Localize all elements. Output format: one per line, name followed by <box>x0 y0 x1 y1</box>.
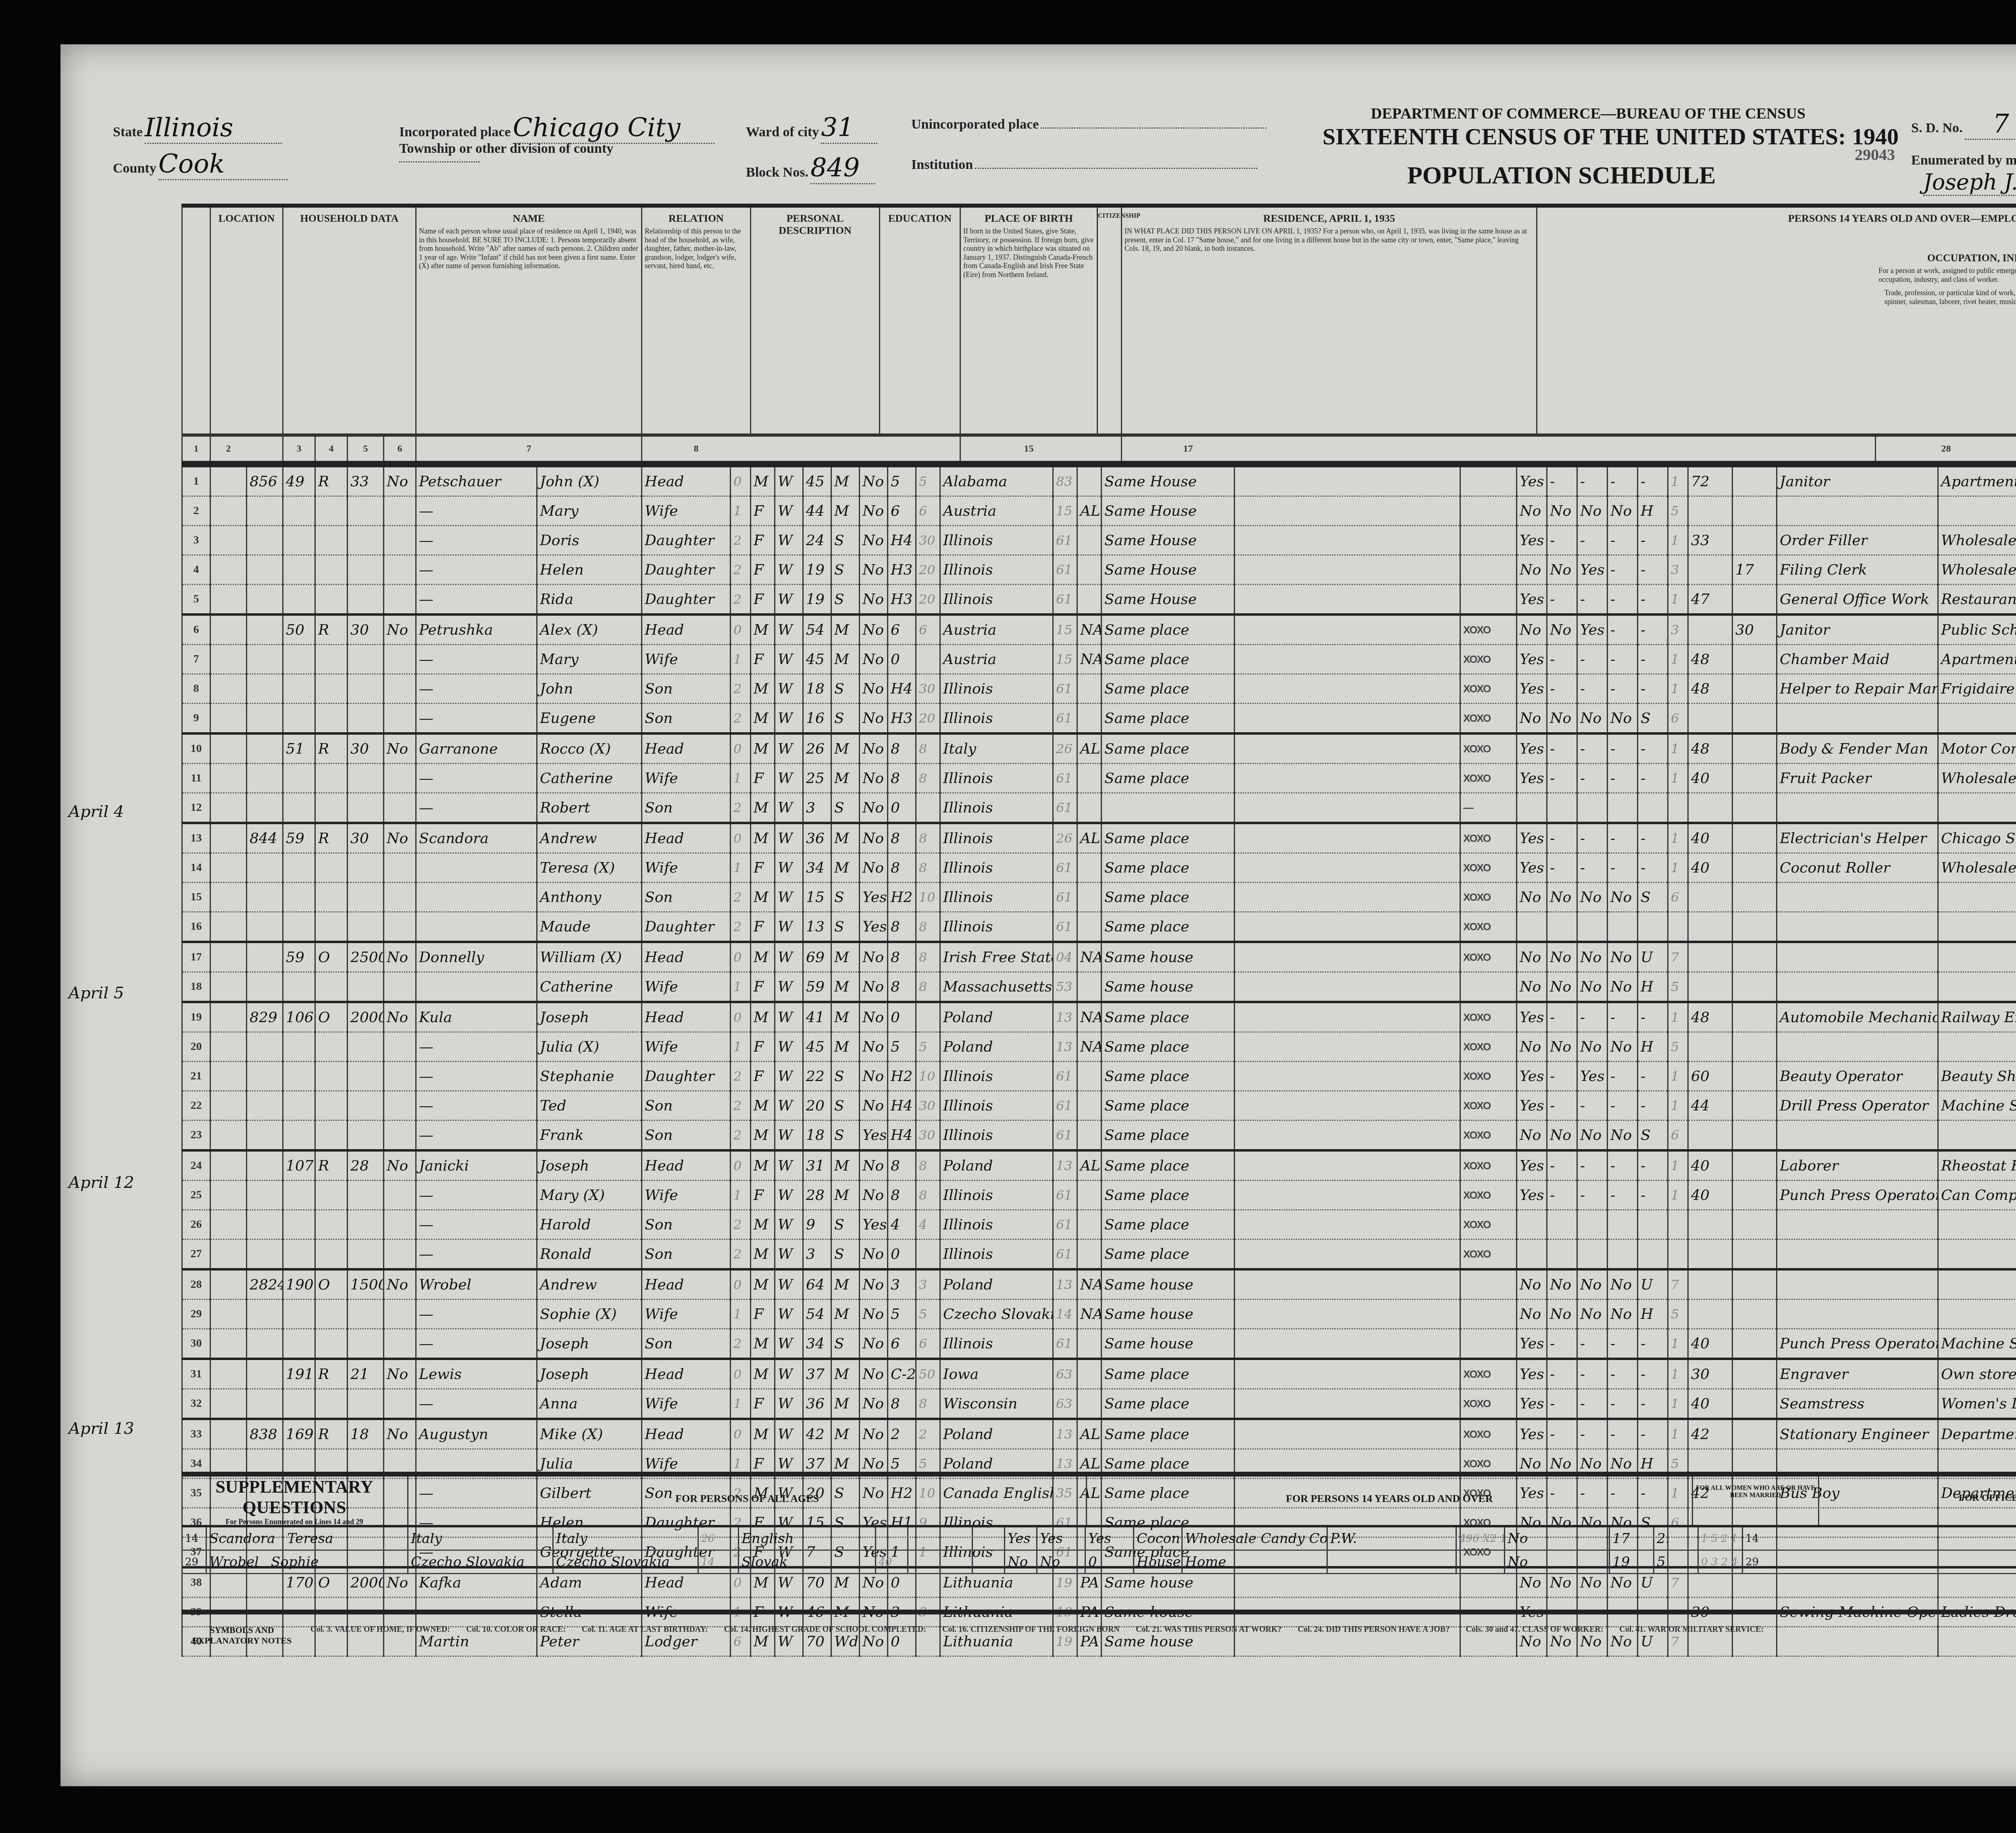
table-row: 185649R33NoPetschauerJohn (X)Head0MW45MN… <box>182 466 2016 496</box>
ecode-cell: 50 <box>916 1359 940 1389</box>
supp-row: 29WrobelSophieCzecho SlovakiaCzecho Slov… <box>182 1550 2016 1574</box>
birthplace-cell: Illinois <box>940 793 1053 823</box>
c25-cell: U <box>1638 1269 1668 1300</box>
hours-cell: 48 <box>1688 645 1733 674</box>
age-cell: 42 <box>803 1419 831 1449</box>
ecode-cell: 8 <box>916 1181 940 1210</box>
surname-cell: Petschauer <box>416 466 537 496</box>
res1935-cell: Same place <box>1102 1181 1235 1210</box>
given-cell: John <box>537 674 642 704</box>
grade-cell: 6 <box>888 496 916 526</box>
c23-cell: - <box>1577 1419 1608 1449</box>
c21-cell: Yes <box>1517 853 1547 883</box>
tenure-cell <box>315 853 348 883</box>
weeks-unemp-cell <box>1733 972 1777 1002</box>
table-row: 12—RobertSon2MW3SNo0Illinois61—12 <box>182 793 2016 823</box>
c21-cell: Yes <box>1517 1062 1547 1091</box>
farm-cell <box>384 1329 416 1359</box>
value-cell <box>348 912 384 942</box>
grade-cell: 5 <box>888 466 916 496</box>
supp-industry-cell: Wholesale Candy Co. <box>1182 1527 1327 1550</box>
sex-cell: F <box>751 526 775 555</box>
sex-cell: M <box>751 1091 775 1121</box>
c22-cell: - <box>1547 526 1577 555</box>
relation-cell: Head <box>642 733 731 764</box>
line-number: 10 <box>182 733 210 764</box>
residence-county-cell <box>1235 972 1460 1002</box>
value-cell <box>348 496 384 526</box>
residence-header: RESIDENCE, APRIL 1, 1935 IN WHAT PLACE D… <box>1121 208 1536 433</box>
supp-ss2-cell: No <box>1037 1550 1085 1574</box>
ecode2-cell: 3 <box>1668 555 1688 585</box>
ecode2-cell: 1 <box>1668 1181 1688 1210</box>
supp-father-cell: Italy <box>408 1527 553 1550</box>
name-header: NAME Name of each person whose usual pla… <box>415 208 641 433</box>
relation-cell: Head <box>642 1150 731 1181</box>
farm-cell: No <box>384 1269 416 1300</box>
citizen-cell <box>1077 1210 1102 1239</box>
birthplace-cell: Poland <box>940 1002 1053 1032</box>
c21-cell: Yes <box>1517 1389 1547 1419</box>
house-cell <box>247 1210 283 1239</box>
hh-cell <box>283 972 315 1002</box>
grade-cell: 8 <box>888 1181 916 1210</box>
c24-cell: No <box>1608 1300 1638 1329</box>
citizenship-header: CITIZENSHIP <box>1097 208 1121 433</box>
marital-cell: M <box>831 942 860 972</box>
industry-cell <box>1938 496 2016 526</box>
xoxo-cell: XOXO <box>1460 823 1517 853</box>
citizen-cell: AL <box>1077 1150 1102 1181</box>
ecode2-cell: 5 <box>1668 1032 1688 1062</box>
sd-value: 7 <box>1965 109 2016 140</box>
c23-cell: - <box>1577 526 1608 555</box>
hh-cell <box>283 764 315 793</box>
hh-cell <box>283 1032 315 1062</box>
hours-cell <box>1688 942 1733 972</box>
ecode-cell: 20 <box>916 585 940 615</box>
supp-line-number: 29 <box>1743 1550 2016 1574</box>
age-cell: 25 <box>803 764 831 793</box>
table-row: 26—HaroldSon2MW9SYes44Illinois61Same pla… <box>182 1210 2016 1239</box>
res1935-cell: Same House <box>1102 526 1235 555</box>
race-cell: W <box>775 1269 803 1300</box>
birthplace-cell: Illinois <box>940 853 1053 883</box>
table-row: 16MaudeDaughter2FW13SYes88Illinois61Same… <box>182 912 2016 942</box>
supp-line-number: 29 <box>182 1550 206 1574</box>
bcode-cell: 63 <box>1053 1389 1077 1419</box>
county-label: County <box>113 161 156 176</box>
column-headers: LOCATION HOUSEHOLD DATA NAME Name of eac… <box>181 208 2016 437</box>
c25-cell: H <box>1638 496 1668 526</box>
c22-cell: - <box>1547 466 1577 496</box>
surname-cell: — <box>416 526 537 555</box>
race-cell: W <box>775 1300 803 1329</box>
weeks-unemp-cell <box>1733 1300 1777 1329</box>
occupation-cell: Fruit Packer <box>1777 764 1938 793</box>
c21-cell: Yes <box>1517 764 1547 793</box>
grade-cell: 0 <box>888 793 916 823</box>
age-cell: 41 <box>803 1002 831 1032</box>
given-cell: Teresa (X) <box>537 853 642 883</box>
surname-cell: — <box>416 1181 537 1210</box>
grade-cell: H2 <box>888 883 916 912</box>
hours-cell <box>1688 1210 1733 1239</box>
occupation-cell: Automobile Mechanic <box>1777 1002 1938 1032</box>
hh-cell: 190 <box>283 1269 315 1300</box>
residence-county-cell <box>1235 1389 1460 1419</box>
c22-cell: - <box>1547 733 1577 764</box>
race-cell: W <box>775 1121 803 1151</box>
supp-subtitle: For Persons Enumerated on Lines 14 and 2… <box>181 1518 407 1526</box>
institution-field: Institution <box>911 157 1257 173</box>
street-cell <box>210 614 247 645</box>
table-row: 3—DorisDaughter2FW24SNoH430Illinois61Sam… <box>182 526 2016 555</box>
c22-cell: - <box>1547 1062 1577 1091</box>
c21-cell: No <box>1517 1032 1547 1062</box>
weeks-unemp-cell <box>1733 1239 1777 1270</box>
xoxo-cell <box>1460 585 1517 615</box>
weeks-unemp-cell <box>1733 853 1777 883</box>
tenure-cell <box>315 972 348 1002</box>
res1935-cell: Same place <box>1102 1419 1235 1449</box>
c23-cell: - <box>1577 1091 1608 1121</box>
surname-cell <box>416 853 537 883</box>
ecode2-cell: 1 <box>1668 1359 1688 1389</box>
hh-cell <box>283 526 315 555</box>
farm-cell <box>384 883 416 912</box>
rcode-cell: 1 <box>731 645 751 674</box>
supp-tongue-cell: English <box>739 1527 876 1550</box>
ecode2-cell: 1 <box>1668 1329 1688 1359</box>
grade-cell: H4 <box>888 526 916 555</box>
marital-cell: S <box>831 1062 860 1091</box>
surname-cell <box>416 912 537 942</box>
rcode-cell: 0 <box>731 942 751 972</box>
age-cell: 26 <box>803 733 831 764</box>
grade-cell: 8 <box>888 1389 916 1419</box>
table-row: 15AnthonySon2MW15SYesH210Illinois61Same … <box>182 883 2016 912</box>
residence-county-cell <box>1235 942 1460 972</box>
industry-cell: Own store <box>1938 1359 2016 1389</box>
c23-cell: - <box>1577 1329 1608 1359</box>
xoxo-cell: XOXO <box>1460 645 1517 674</box>
xoxo-cell <box>1460 466 1517 496</box>
xoxo-cell: XOXO <box>1460 1210 1517 1239</box>
relation-cell: Head <box>642 1419 731 1449</box>
occupation-cell: Beauty Operator <box>1777 1062 1938 1091</box>
rcode-cell: 2 <box>731 1091 751 1121</box>
residence-county-cell <box>1235 1239 1460 1270</box>
table-row: 1759O2500NoDonnellyWilliam (X)Head0MW69M… <box>182 942 2016 972</box>
c23-cell: No <box>1577 496 1608 526</box>
farm-cell <box>384 912 416 942</box>
surname-cell: — <box>416 1121 537 1151</box>
rcode-cell: 2 <box>731 883 751 912</box>
age-cell: 20 <box>803 1091 831 1121</box>
age-cell: 9 <box>803 1210 831 1239</box>
c23-cell: - <box>1577 853 1608 883</box>
line-number: 1 <box>182 466 210 496</box>
hh-cell: 107 <box>283 1150 315 1181</box>
ecode-cell <box>916 1239 940 1270</box>
weeks-unemp-cell <box>1733 496 1777 526</box>
line-number: 29 <box>182 1300 210 1329</box>
age-cell: 3 <box>803 793 831 823</box>
c25-cell: - <box>1638 466 1668 496</box>
sex-cell: F <box>751 972 775 1002</box>
margin-note-april-13: April 13 <box>69 1419 134 1438</box>
race-cell: W <box>775 704 803 734</box>
industry-cell <box>1938 1121 2016 1151</box>
given-cell: Andrew <box>537 823 642 853</box>
relation-cell: Daughter <box>642 912 731 942</box>
surname-cell: — <box>416 1389 537 1419</box>
citizen-cell: NA <box>1077 942 1102 972</box>
relation-cell: Son <box>642 1210 731 1239</box>
house-cell <box>247 1239 283 1270</box>
value-cell <box>348 793 384 823</box>
age-cell: 54 <box>803 614 831 645</box>
tenure-cell <box>315 1032 348 1062</box>
house-cell: 838 <box>247 1419 283 1449</box>
house-cell <box>247 1300 283 1329</box>
hh-cell: 49 <box>283 466 315 496</box>
c22-cell: - <box>1547 1359 1577 1389</box>
c23-cell: - <box>1577 466 1608 496</box>
c23-cell <box>1577 1210 1608 1239</box>
ecode-cell: 8 <box>916 1389 940 1419</box>
c23-cell: No <box>1577 1269 1608 1300</box>
sex-cell: F <box>751 1300 775 1329</box>
surname-cell: Wrobel <box>416 1269 537 1300</box>
bcode-cell: 13 <box>1053 1150 1077 1181</box>
hours-cell <box>1688 614 1733 645</box>
ecode-cell: 30 <box>916 674 940 704</box>
grade-cell: 4 <box>888 1210 916 1239</box>
value-cell <box>348 526 384 555</box>
citizen-cell: NA <box>1077 614 1102 645</box>
weeks-unemp-cell <box>1733 585 1777 615</box>
age-cell: 64 <box>803 1269 831 1300</box>
supp-ocode-cell <box>1456 1550 1505 1574</box>
farm-cell: No <box>384 1150 416 1181</box>
marital-cell: M <box>831 496 860 526</box>
age-cell: 19 <box>803 585 831 615</box>
house-cell <box>247 1150 283 1181</box>
c24-cell: - <box>1608 614 1638 645</box>
c25-cell: - <box>1638 1091 1668 1121</box>
c25-cell: - <box>1638 674 1668 704</box>
race-cell: W <box>775 1032 803 1062</box>
supp-line-number: 14 <box>182 1527 206 1550</box>
race-cell: W <box>775 883 803 912</box>
citizen-cell <box>1077 883 1102 912</box>
tenure-cell: R <box>315 1359 348 1389</box>
surname-cell: Scandora <box>416 823 537 853</box>
relation-cell: Wife <box>642 1032 731 1062</box>
hh-cell: 169 <box>283 1419 315 1449</box>
c25-cell: - <box>1638 645 1668 674</box>
race-cell: W <box>775 942 803 972</box>
sd-label: S. D. No. <box>1911 121 1963 135</box>
school-cell: No <box>860 853 888 883</box>
ecode-cell <box>916 645 940 674</box>
race-cell: W <box>775 1150 803 1181</box>
age-cell: 36 <box>803 1389 831 1419</box>
c24-cell <box>1608 1239 1638 1270</box>
race-cell: W <box>775 555 803 585</box>
residence-county-cell <box>1235 645 1460 674</box>
tenure-cell <box>315 1239 348 1270</box>
grade-cell: H3 <box>888 585 916 615</box>
occupation-instructions: For a person at work, assigned to public… <box>1876 264 2016 286</box>
relation-cell: Daughter <box>642 1062 731 1091</box>
value-cell: 28 <box>348 1150 384 1181</box>
farm-cell <box>384 1210 416 1239</box>
c24-cell: No <box>1608 942 1638 972</box>
surname-cell: Petrushka <box>416 614 537 645</box>
relation-instructions: Relationship of this person to the head … <box>642 225 750 273</box>
table-row: 8—JohnSon2MW18SNoH430Illinois61Same plac… <box>182 674 2016 704</box>
residence-county-cell <box>1235 853 1460 883</box>
rcode-cell: 2 <box>731 674 751 704</box>
c25-cell: - <box>1638 1150 1668 1181</box>
c25-cell: H <box>1638 1300 1668 1329</box>
table-row: 18CatherineWife1FW59MNo88Massachusetts53… <box>182 972 2016 1002</box>
bcode-cell: 15 <box>1053 614 1077 645</box>
farm-cell <box>384 555 416 585</box>
house-cell <box>247 883 283 912</box>
birthplace-cell: Irish Free State <box>940 942 1053 972</box>
race-cell: W <box>775 1062 803 1091</box>
grade-cell: H4 <box>888 1121 916 1151</box>
given-cell: William (X) <box>537 942 642 972</box>
residence-county-cell <box>1235 614 1460 645</box>
occupation-cell: Engraver <box>1777 1359 1938 1389</box>
relation-cell: Son <box>642 1121 731 1151</box>
c21-cell: Yes <box>1517 1091 1547 1121</box>
race-cell: W <box>775 526 803 555</box>
birthplace-cell: Illinois <box>940 1239 1053 1270</box>
age-cell: 69 <box>803 942 831 972</box>
house-cell <box>247 1389 283 1419</box>
industry-cell: Women's Dress Manufacturer <box>1938 1389 2016 1419</box>
ecode-cell: 6 <box>916 614 940 645</box>
c24-cell: No <box>1608 496 1638 526</box>
birthplace-cell: Poland <box>940 1150 1053 1181</box>
table-row: 32—AnnaWife1FW36MNo88Wisconsin63Same pla… <box>182 1389 2016 1419</box>
instruction-note: Cols. 30 and 47. CLASS OF WORKER: <box>1466 1625 1603 1634</box>
hours-cell: 40 <box>1688 853 1733 883</box>
occupation-cell <box>1777 1032 1938 1062</box>
farm-cell: No <box>384 1359 416 1389</box>
township-field: Township or other division of county <box>399 141 641 164</box>
hours-cell: 60 <box>1688 1062 1733 1091</box>
surname-cell: Janicki <box>416 1150 537 1181</box>
street-cell <box>210 585 247 615</box>
rcode-cell: 0 <box>731 1150 751 1181</box>
rcode-cell: 0 <box>731 733 751 764</box>
c24-cell: - <box>1608 1150 1638 1181</box>
marital-cell: S <box>831 585 860 615</box>
relation-cell: Son <box>642 674 731 704</box>
street-cell <box>210 555 247 585</box>
c22-cell: No <box>1547 1121 1577 1151</box>
race-cell: W <box>775 645 803 674</box>
c21-cell <box>1517 793 1547 823</box>
age-cell: 16 <box>803 704 831 734</box>
xoxo-cell: XOXO <box>1460 1419 1517 1449</box>
house-cell <box>247 704 283 734</box>
value-cell <box>348 1121 384 1151</box>
residence-county-cell <box>1235 674 1460 704</box>
farm-cell: No <box>384 614 416 645</box>
marital-cell: S <box>831 1091 860 1121</box>
employment-header: PERSONS 14 YEARS OLD AND OVER—EMPLOYMENT… <box>1536 208 2016 433</box>
line-number: 28 <box>182 1269 210 1300</box>
ecode-cell: 6 <box>916 1329 940 1359</box>
rcode-cell: 1 <box>731 972 751 1002</box>
bcode-cell: 61 <box>1053 764 1077 793</box>
census-title: SIXTEENTH CENSUS OF THE UNITED STATES: 1… <box>1322 123 1899 150</box>
industry-cell: Wholesale Candy Co <box>1938 853 2016 883</box>
tenure-cell <box>315 912 348 942</box>
c23-cell: - <box>1577 585 1608 615</box>
hours-cell: 40 <box>1688 1150 1733 1181</box>
grade-cell: 3 <box>888 1269 916 1300</box>
tenure-cell <box>315 1329 348 1359</box>
weeks-unemp-cell <box>1733 1389 1777 1419</box>
c22-cell: - <box>1547 1181 1577 1210</box>
c24-cell: - <box>1608 764 1638 793</box>
c24-cell: - <box>1608 674 1638 704</box>
rcode-cell: 1 <box>731 853 751 883</box>
citizen-cell: NA <box>1077 1032 1102 1062</box>
bcode-cell: 13 <box>1053 1419 1077 1449</box>
value-cell <box>348 1389 384 1419</box>
industry-cell <box>1938 1269 2016 1300</box>
bcode-cell: 61 <box>1053 1239 1077 1270</box>
weeks-unemp-cell <box>1733 733 1777 764</box>
c24-cell: - <box>1608 526 1638 555</box>
bcode-cell: 15 <box>1053 496 1077 526</box>
industry-cell: Beauty Shop <box>1938 1062 2016 1091</box>
birthplace-cell: Illinois <box>940 1121 1053 1151</box>
bcode-cell: 61 <box>1053 585 1077 615</box>
supp-group-office: FOR OFFICE USE ONLY—DO NOT WRITE IN THES… <box>1818 1477 2016 1525</box>
ecode-cell <box>916 793 940 823</box>
house-cell <box>247 853 283 883</box>
occupation-cell <box>1777 793 1938 823</box>
school-cell: No <box>860 1269 888 1300</box>
rcode-cell: 1 <box>731 1389 751 1419</box>
margin-note-april-12: April 12 <box>69 1173 134 1192</box>
ecode2-cell: 1 <box>1668 823 1688 853</box>
supp-ss3-cell: 0 <box>1085 1550 1134 1574</box>
table-row: 20—Julia (X)Wife1FW45MNo55Poland13NASame… <box>182 1032 2016 1062</box>
relation-header: RELATION Relationship of this person to … <box>641 208 750 433</box>
res1935-cell: Same place <box>1102 1359 1235 1389</box>
supp-c50-cell: 2. <box>1654 1527 1698 1550</box>
hh-cell <box>283 645 315 674</box>
value-cell: 18 <box>348 1419 384 1449</box>
c24-cell: - <box>1608 853 1638 883</box>
supp-name-cell: WrobelSophie <box>206 1550 408 1574</box>
house-cell <box>247 793 283 823</box>
supp-group-all-ages: FOR PERSONS OF ALL AGES <box>407 1477 1086 1525</box>
state-label: State <box>113 125 143 140</box>
